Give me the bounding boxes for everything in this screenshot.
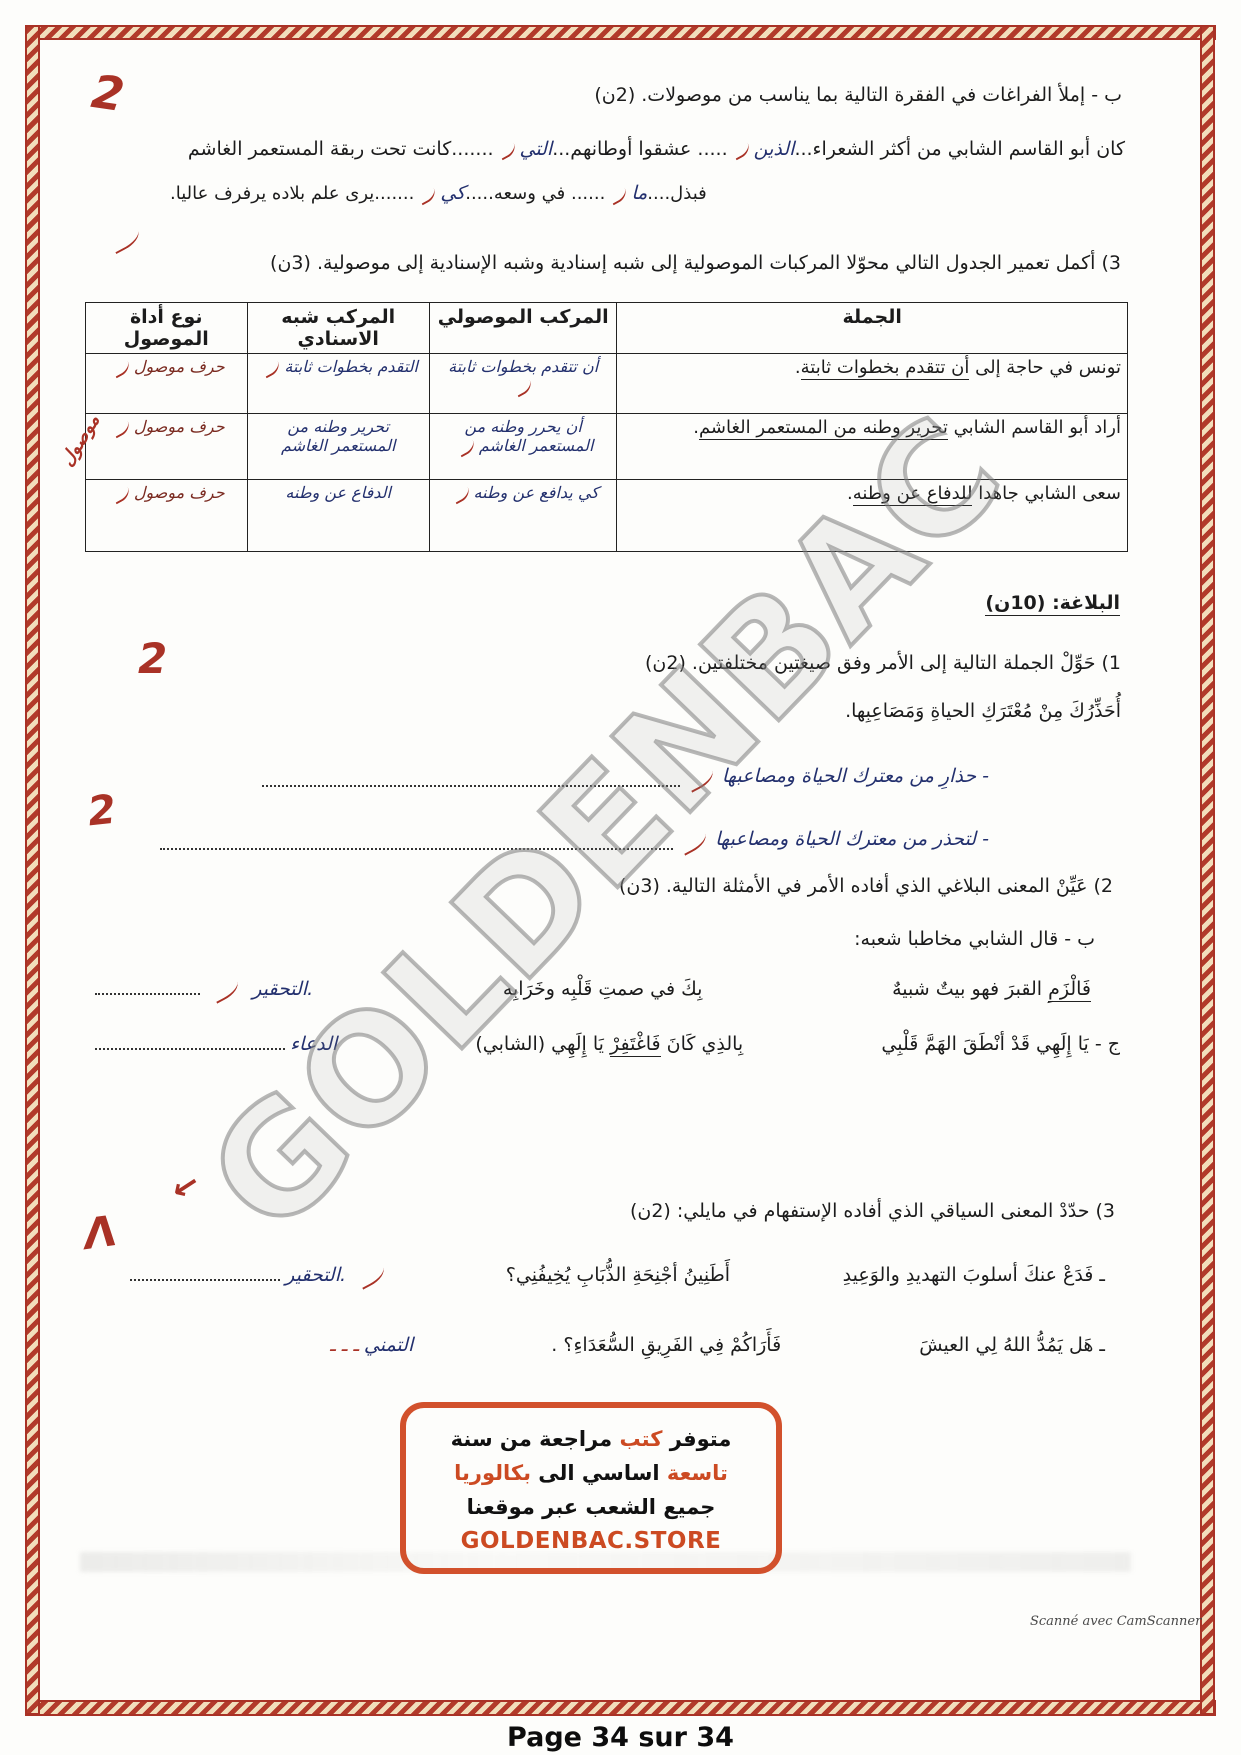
ad-highlight: كتب <box>619 1427 662 1451</box>
verse-hemistich-left: فَأَرَاكُمْ فِي الفَرِيقِ السُّعَدَاءِ؟ … <box>551 1334 781 1356</box>
q3-verse-1-row: ـ فَدَعْ عنكَ أسلوبَ التهديدِ والوَعِيدِ… <box>130 1264 1105 1286</box>
answer-cluster: التمني ـ ـ ـ <box>330 1334 413 1356</box>
grade-mark-2: 2 <box>88 64 127 122</box>
handwritten-answer: حرف موصول <box>134 483 225 502</box>
sentence-underlined: للدفاع عن وطنه <box>853 483 973 506</box>
verse-hemistich-right: ج - يَا إِلَهِي قَدْ أنْطَقَ الهَمَّ قَل… <box>881 1033 1120 1055</box>
checkmark-icon <box>109 483 132 505</box>
checkmark-icon <box>678 829 710 855</box>
sentence-text: . <box>847 483 853 504</box>
fill-paragraph-line-1: كان أبو القاسم الشابي من أكثر الشعراء...… <box>188 138 1125 160</box>
dotted-line <box>95 1034 285 1050</box>
q2-item-b-label: ب - قال الشابي مخاطبا شعبه: <box>854 928 1095 950</box>
dotted-line <box>95 979 200 995</box>
balagha-q1-sentence: أُحَذِّرُكَ مِنْ مُعْتَرَكِ الحياةِ وَمَ… <box>845 700 1121 722</box>
sentence-text: تونس في حاجة إلى <box>969 357 1121 378</box>
sentence-underlined: تحرير وطنه من المستعمر الغاشم <box>699 417 948 440</box>
checkmark-icon <box>109 357 132 379</box>
handwritten-answer: حرف موصول <box>134 357 225 376</box>
dotted-line <box>160 834 673 850</box>
verse-hemistich-left: بِالذِي كَانَ فَاغْتَفِرْ يَا إِلَهِي (ا… <box>475 1033 743 1055</box>
col-header-type: نوع أداة الموصول <box>86 303 248 354</box>
dotted-line <box>130 1265 280 1281</box>
checkmark-icon <box>356 1263 388 1289</box>
balagha-q3-title: 3) حدّدْ المعنى السياقي الذي أفاده الإست… <box>630 1200 1115 1222</box>
printed-text: .......كانت تحت ربقة المستعمر الغاشم <box>188 138 494 160</box>
question-3-title: 3) أكمل تعمير الجدول التالي محوّلا المرك… <box>270 252 1121 274</box>
handwritten-answer: أن تتقدم بخطوات ثابتة <box>448 357 598 376</box>
checkmark-icon <box>260 357 283 379</box>
ad-website: GOLDENBAC.STORE <box>416 1524 766 1558</box>
printed-text: فبذل.... <box>647 183 706 204</box>
checkmark-icon <box>512 376 535 398</box>
q2-verse-c-row: ج - يَا إِلَهِي قَدْ أنْطَقَ الهَمَّ قَل… <box>95 1033 1120 1055</box>
border-bottom <box>25 1700 1216 1716</box>
handwritten-answer: الدعاء <box>290 1033 337 1055</box>
handwritten-answer: حرف موصول <box>134 417 225 436</box>
ad-line-3: جميع الشعب عبر موقعنا <box>416 1490 766 1524</box>
handwritten-fill: ما <box>631 182 647 204</box>
sentence-text: . <box>795 357 801 378</box>
ad-text: اساسي الى <box>531 1461 667 1485</box>
verse-hemistich-right: فَالْزَمِ القبرَ فهو بيتٌ شبيهٌ <box>892 978 1091 1000</box>
verse-text: بِالذِي كَانَ <box>661 1033 744 1055</box>
printed-text: .......يرى علم بلاده يرفرف عاليا. <box>170 183 414 204</box>
ad-highlight: تاسعة <box>667 1461 728 1485</box>
table-row: أراد أبو القاسم الشابي تحرير وطنه من الم… <box>86 414 1128 480</box>
verse-hemistich-left: أَطَنِينُ أجْنِحَةِ الذُّبَابِ يُخِيفُنِ… <box>506 1264 730 1286</box>
goldenbac-ad-box: متوفر كتب مراجعة من سنة تاسعة اساسي الى … <box>400 1402 782 1574</box>
grading-tick-icon <box>104 230 148 249</box>
q1-answer-line-2: - لتحذر من معترك الحياة ومصاعبها <box>160 828 989 850</box>
q2-verse-b-row: فَالْزَمِ القبرَ فهو بيتٌ شبيهٌ بِكَ في … <box>95 978 1091 1000</box>
caret-mark: Λ <box>81 1206 120 1259</box>
verse-hemistich-left: بِكَ في صمتِ قَلْبِه وخَرَابِه <box>503 978 703 1000</box>
scanned-exam-page: GOLDENBAC 2 2 2 ↙ Λ موصول ب - إملأ الفرا… <box>0 0 1241 1755</box>
handwritten-fill: كي <box>440 182 465 204</box>
handwritten-answer: التمني <box>364 1334 413 1356</box>
verse-text: القبرَ فهو بيتٌ شبيهٌ <box>892 978 1048 1000</box>
handwritten-answer: - لتحذر من معترك الحياة ومصاعبها <box>715 828 989 850</box>
table-row: سعى الشابي جاهدا للدفاع عن وطنه. كي يداف… <box>86 480 1128 552</box>
checkmark-icon <box>416 183 439 205</box>
ad-highlight: بكالوريا <box>454 1461 531 1485</box>
table-row: تونس في حاجة إلى أن تتقدم بخطوات ثابتة. … <box>86 354 1128 414</box>
handwritten-fill: الذين <box>754 138 795 160</box>
checkmark-icon <box>449 483 472 505</box>
balagha-q1-title: 1) حَوِّلْ الجملة التالية إلى الأمر وفق … <box>645 652 1121 674</box>
printed-text: كان أبو القاسم الشابي من أكثر الشعراء... <box>794 138 1125 160</box>
conversion-table: الجملة المركب الموصولي المركب شبه الاسنا… <box>85 302 1128 552</box>
handwritten-answer: التقدم بخطوات ثابتة <box>284 357 418 376</box>
sentence-text: سعى الشابي جاهدا <box>972 483 1121 504</box>
sentence-text: أراد أبو القاسم الشابي <box>948 417 1121 438</box>
table-header-row: الجملة المركب الموصولي المركب شبه الاسنا… <box>86 303 1128 354</box>
ad-text: مراجعة من سنة <box>451 1427 620 1451</box>
balagha-heading-text: البلاغة: (10ن) <box>985 592 1120 616</box>
section-b-title: ب - إملأ الفراغات في الفقرة التالية بما … <box>594 84 1122 106</box>
checkmark-icon <box>607 183 630 205</box>
checkmark-icon <box>495 139 518 161</box>
sentence-underlined: أن تتقدم بخطوات ثابتة <box>801 357 970 380</box>
red-scribble: ـ ـ ـ <box>330 1334 359 1356</box>
camscanner-credit: Scanné avec CamScanner <box>1030 1614 1201 1629</box>
verse-hemistich-right: ـ هَل يَمُدُّ اللهُ لِي العيشَ <box>919 1334 1105 1356</box>
handwritten-answer: كي يدافع عن وطنه <box>474 483 599 502</box>
printed-text: ..... عشقوا أوطانهم... <box>552 138 727 160</box>
checkmark-icon <box>454 436 477 458</box>
handwritten-fill: التي <box>520 138 553 160</box>
handwritten-answer: الدفاع عن وطنه <box>285 483 391 502</box>
border-top <box>25 25 1216 40</box>
handwritten-answer: أن يحرر وطنه من المستعمر الغاشم <box>464 417 593 455</box>
verse-underlined: فَاغْتَفِرْ <box>610 1033 661 1057</box>
handwritten-answer: تحرير وطنه من المستعمر الغاشم <box>281 417 396 455</box>
checkmark-icon <box>685 766 717 792</box>
border-right <box>1200 25 1215 1715</box>
q3-verse-2-row: ـ هَل يَمُدُّ اللهُ لِي العيشَ فَأَرَاكُ… <box>330 1334 1105 1356</box>
handwritten-answer: .التحقير <box>252 978 313 1000</box>
checkmark-icon <box>210 977 242 1003</box>
col-header-shibh-isnadi: المركب شبه الاسنادي <box>247 303 429 354</box>
handwritten-answer: .التحقير <box>285 1264 346 1286</box>
col-header-sentence: الجملة <box>617 303 1128 354</box>
ad-line-2: تاسعة اساسي الى بكالوريا <box>416 1456 766 1490</box>
balagha-q2-title: 2) عَيِّنْ المعنى البلاغي الذي أفاده الأ… <box>619 875 1113 897</box>
answer-cluster: الدعاء <box>95 1033 337 1055</box>
col-header-mawsuli: المركب الموصولي <box>429 303 617 354</box>
answer-cluster: .التحقير <box>130 1264 393 1286</box>
ad-line-1: متوفر كتب مراجعة من سنة <box>416 1422 766 1456</box>
dotted-line <box>262 771 680 787</box>
handwritten-answer: - حذارِ من معترك الحياة ومصاعبها <box>722 765 989 787</box>
checkmark-icon <box>729 139 752 161</box>
printed-text: ...... في وسعه..... <box>465 183 605 204</box>
q1-answer-line-1: - حذارِ من معترك الحياة ومصاعبها <box>262 765 989 787</box>
balagha-heading: البلاغة: (10ن) <box>985 592 1120 614</box>
grade-mark-2: 2 <box>86 787 118 836</box>
arrow-mark-icon: ↙ <box>168 1166 202 1209</box>
checkmark-icon <box>109 417 132 439</box>
verse-underlined: فَالْزَمِ <box>1048 978 1091 1002</box>
border-left <box>25 25 40 1715</box>
fill-paragraph-line-2: فبذل....ما...... في وسعه.....كي.......ير… <box>170 182 707 204</box>
verse-text: يَا إِلَهِي (الشابي) <box>475 1033 610 1055</box>
verse-hemistich-right: ـ فَدَعْ عنكَ أسلوبَ التهديدِ والوَعِيدِ <box>843 1264 1105 1286</box>
grade-mark-2: 2 <box>138 634 167 683</box>
page-number: Page 34 sur 34 <box>0 1722 1241 1753</box>
answer-cluster: .التحقير <box>95 978 313 1000</box>
ad-text: متوفر <box>662 1427 731 1451</box>
